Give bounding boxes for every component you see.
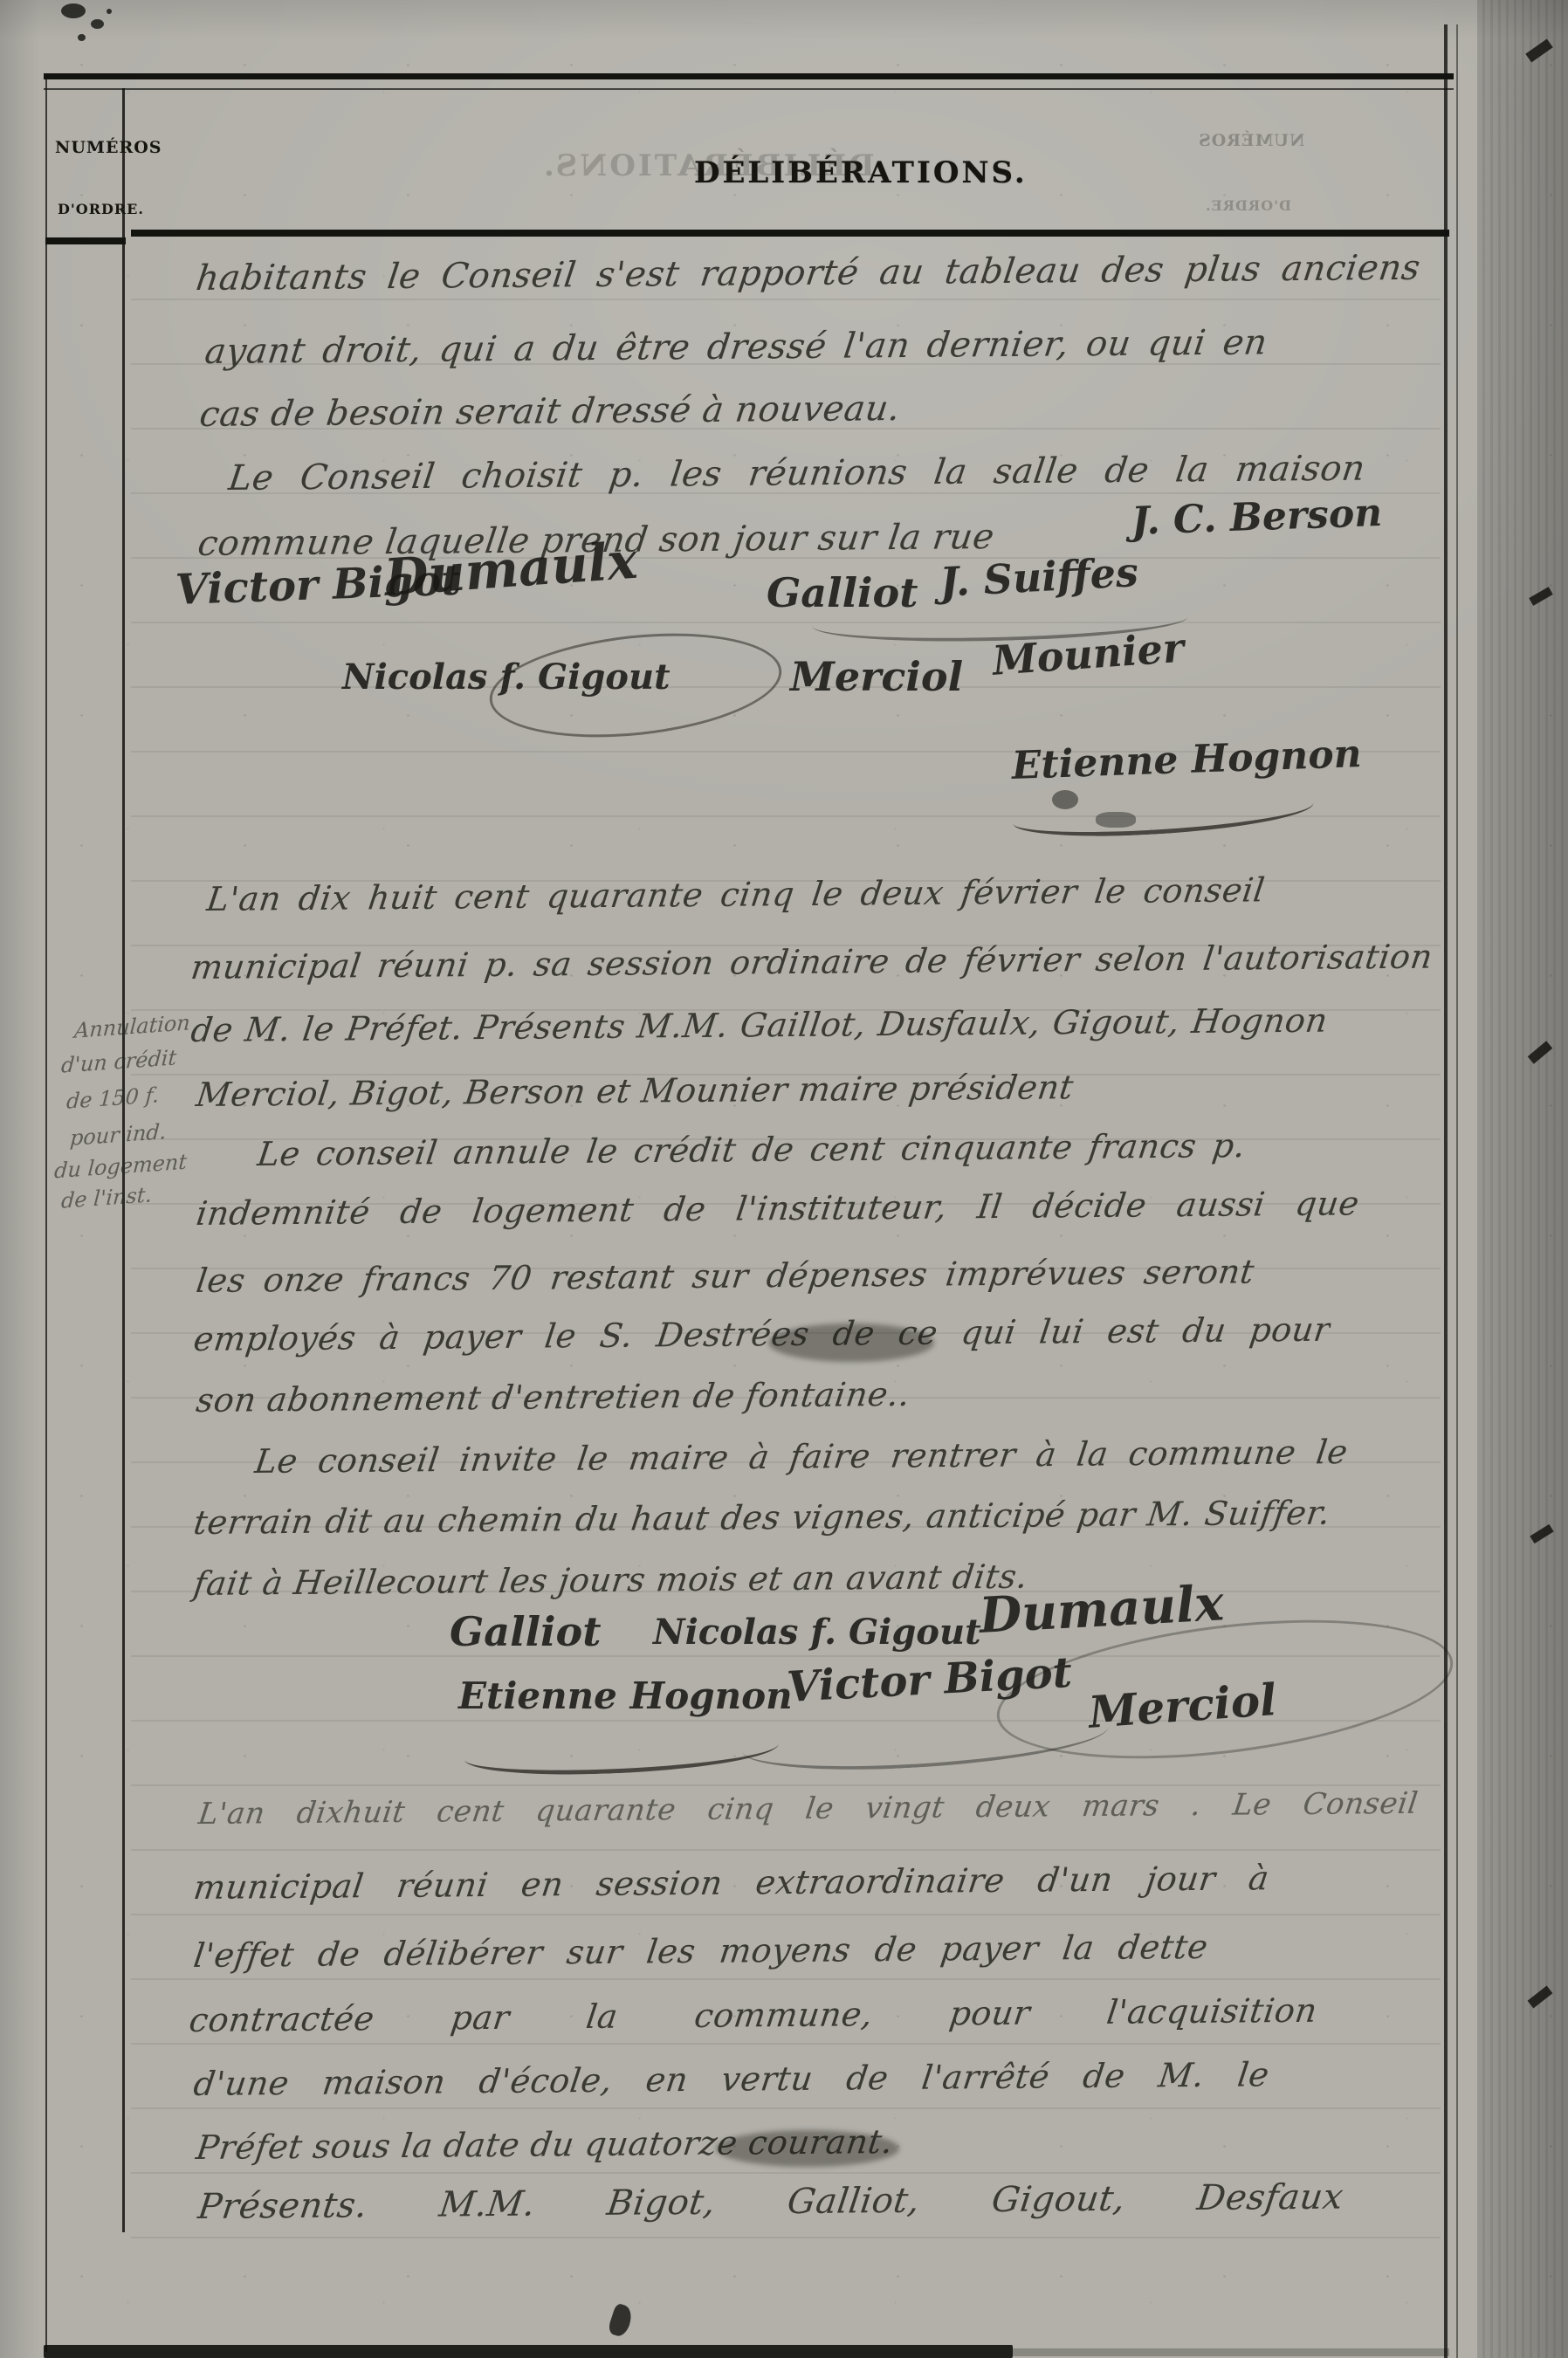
entry2-line: employés à payer le S. Destrées de ce qu… bbox=[191, 1310, 1333, 1362]
entry3-line: d'une maison d'école, en vertu de l'arrê… bbox=[191, 2055, 1272, 2106]
crossed-out-word bbox=[768, 1323, 934, 1362]
margin-note-line: du logement bbox=[53, 1150, 188, 1184]
entry2-line: de M. le Préfet. Présents M.M. Gaillot, … bbox=[189, 1001, 1331, 1053]
entry1-line: habitants le Conseil s'est rapporté au t… bbox=[193, 248, 1422, 302]
entry1-line: Le Conseil choisit p. les réunions la sa… bbox=[225, 449, 1367, 502]
signature: Galliot bbox=[450, 1608, 601, 1655]
entry2-line: Le conseil invite le maire à faire rentr… bbox=[252, 1433, 1351, 1483]
signature: Nicolas f. Gigout bbox=[653, 1612, 981, 1653]
ink-blob bbox=[107, 9, 112, 14]
margin-note-line: pour ind. bbox=[69, 1119, 167, 1151]
signature: Etienne Hognon bbox=[1011, 732, 1362, 788]
bottom-scan-edge bbox=[44, 2345, 1013, 2358]
ink-blot bbox=[1096, 812, 1136, 828]
signature: Dumaulx bbox=[978, 1574, 1225, 1645]
entry3-line: Présents. M.M. Bigot, Galliot, Gigout, D… bbox=[195, 2177, 1345, 2231]
entry2-line: indemnité de logement de l'instituteur, … bbox=[194, 1184, 1362, 1235]
signature: Galliot bbox=[767, 569, 918, 616]
signature: Victor Bigot bbox=[786, 1648, 1073, 1712]
signature: Merciol bbox=[1087, 1674, 1278, 1738]
ink-blob bbox=[61, 3, 86, 18]
signature: Merciol bbox=[790, 653, 963, 700]
ink-blot bbox=[607, 2302, 635, 2338]
entry3-line: contractée par la commune, pour l'acquis… bbox=[187, 1991, 1320, 2043]
signature-berson: J. C. Berson bbox=[1131, 491, 1383, 544]
binding-rule-outer bbox=[1444, 24, 1448, 2358]
signature-flourish bbox=[741, 1701, 1111, 1777]
page-edge-band bbox=[1477, 0, 1568, 2358]
entry2-line: Merciol, Bigot, Berson et Mounier maire … bbox=[194, 1068, 1076, 1114]
crossed-out-word bbox=[716, 2130, 899, 2167]
signature: Mounier bbox=[991, 624, 1186, 684]
entry2-line: fait à Heillecourt les jours mois et an … bbox=[191, 1557, 1030, 1603]
binding-rule-inner bbox=[1456, 24, 1458, 2358]
ink-blob bbox=[91, 19, 104, 29]
signature-underline bbox=[464, 1725, 779, 1779]
margin-note-line: d'un crédit bbox=[60, 1045, 177, 1077]
order-column-label-1: NUMÉROS bbox=[55, 138, 162, 157]
left-border-rule bbox=[45, 73, 47, 2352]
entry1-line: cas de besoin serait dressé à nouveau. bbox=[197, 388, 903, 435]
signature: Etienne Hognon bbox=[458, 1674, 793, 1717]
ink-blot bbox=[1052, 790, 1078, 809]
entry3-line: L'an dixhuit cent quarante cinq le vingt… bbox=[196, 1786, 1420, 1834]
entry2-line: terrain dit au chemin du haut des vignes… bbox=[191, 1494, 1333, 1545]
entry1-line: ayant droit, qui a du être dressé l'an d… bbox=[202, 322, 1269, 375]
order-label-bleedthrough-2: D'ORDRE. bbox=[1205, 197, 1291, 214]
margin-note-line: de l'inst. bbox=[60, 1182, 153, 1213]
entry2-line: L'an dix huit cent quarante cinq le deux… bbox=[204, 870, 1268, 921]
scanned-register-page: NUMÉROS D'ORDRE. DÉLIBÉRATIONS. DÉLIBÉRA… bbox=[0, 0, 1568, 2358]
entry2-line: Le conseil annule le crédit de cent cinq… bbox=[255, 1126, 1248, 1176]
signature: J. Suiffes bbox=[939, 548, 1139, 606]
signature: Nicolas f. Gigout bbox=[342, 657, 671, 698]
bottom-scan-edge-faint bbox=[1013, 2348, 1449, 2356]
order-label-bleedthrough-1: NUMÉROS bbox=[1198, 131, 1305, 150]
page-title: DÉLIBÉRATIONS. bbox=[694, 155, 1028, 190]
header-bottom-rule-left bbox=[45, 237, 126, 244]
entry2-line: les onze francs 70 restant sur dépenses … bbox=[194, 1252, 1257, 1303]
margin-note-line: de 150 f. bbox=[65, 1083, 160, 1114]
entry2-line: municipal réuni p. sa session ordinaire … bbox=[189, 938, 1435, 990]
header-bottom-rule bbox=[131, 230, 1449, 237]
entry3-line: l'effet de délibérer sur les moyens de p… bbox=[191, 1928, 1211, 1978]
margin-note-line: Annulation bbox=[73, 1010, 191, 1042]
top-rule-thin bbox=[44, 88, 1454, 90]
top-rule-thick bbox=[44, 73, 1454, 79]
entry3-line: municipal réuni en session extraordinair… bbox=[191, 1859, 1272, 1909]
ink-blob bbox=[78, 34, 86, 41]
order-column-label-2: D'ORDRE. bbox=[58, 201, 144, 217]
entry2-line: son abonnement d'entretien de fontaine.. bbox=[194, 1375, 912, 1420]
